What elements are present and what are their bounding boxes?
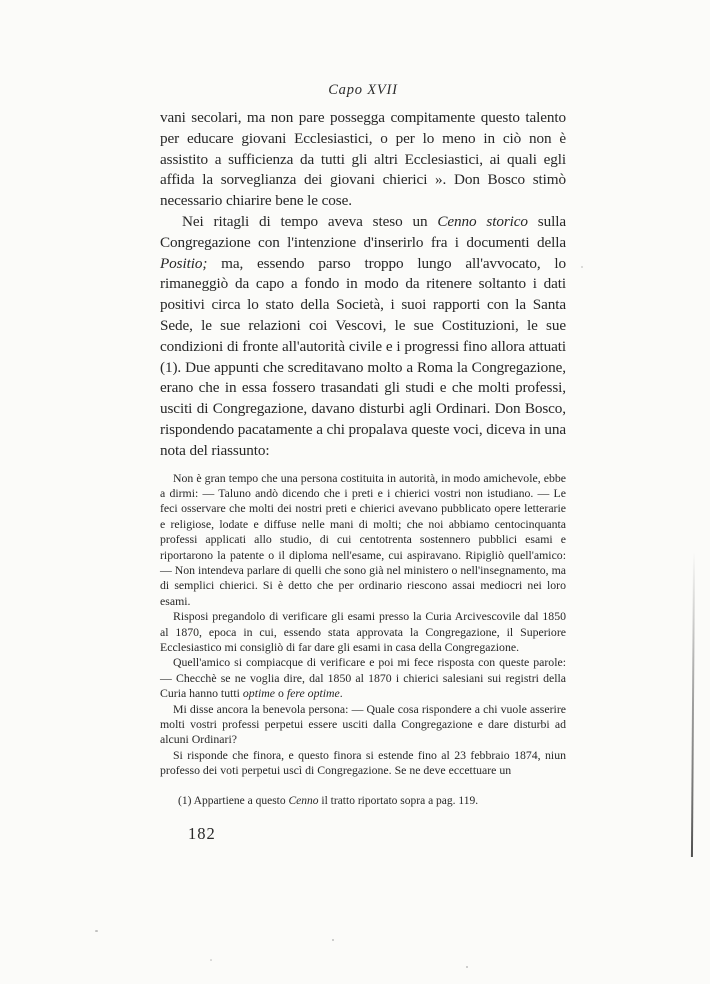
block-quote: Non è gran tempo che una persona costitu… — [160, 471, 566, 779]
paragraph: Quell'amico si compiacque di verificare … — [160, 655, 566, 701]
text-column: Capo XVII vani secolari, ma non pare pos… — [160, 82, 566, 844]
scan-speck — [210, 959, 212, 961]
scan-edge-artifact — [691, 552, 695, 857]
paragraph: Si risponde che finora, e questo finora … — [160, 748, 566, 779]
paragraph: Nei ritagli di tempo aveva steso un Cenn… — [160, 212, 566, 462]
page-number: 182 — [160, 824, 566, 844]
scan-speck — [95, 930, 98, 932]
footnote: (1) Appartiene a questo Cenno il tratto … — [160, 794, 566, 809]
main-text: vani secolari, ma non pare possegga comp… — [160, 108, 566, 462]
book-page: Capo XVII vani secolari, ma non pare pos… — [0, 0, 710, 984]
scan-speck — [466, 966, 468, 968]
paragraph: Mi disse ancora la benevola persona: — Q… — [160, 702, 566, 748]
paragraph: Risposi pregandolo di verificare gli esa… — [160, 609, 566, 655]
scan-speck — [581, 266, 583, 268]
scan-speck — [332, 939, 334, 941]
paragraph: Non è gran tempo che una persona costitu… — [160, 471, 566, 610]
paragraph: vani secolari, ma non pare possegga comp… — [160, 108, 566, 212]
chapter-header: Capo XVII — [160, 82, 566, 99]
paragraph: (1) Appartiene a questo Cenno il tratto … — [160, 794, 566, 809]
